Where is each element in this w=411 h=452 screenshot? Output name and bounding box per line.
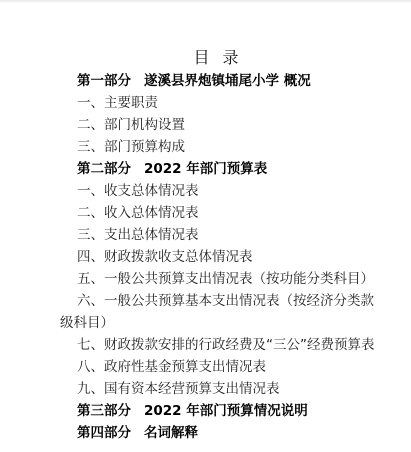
toc-item: 二、部门机构设置	[60, 114, 376, 136]
toc-item: 二、收入总体情况表	[60, 202, 376, 224]
section-4-label: 第四部分	[77, 425, 131, 441]
toc-item: 一、主要职责	[60, 92, 376, 114]
document-page: 目 录 第一部分遂溪县界炮镇埇尾小学 概况 一、主要职责 二、部门机构设置 三、…	[0, 0, 411, 452]
section-1-title: 遂溪县界炮镇埇尾小学 概况	[144, 73, 311, 89]
section-3-label: 第三部分	[77, 403, 131, 419]
toc-section-heading-4: 第四部分名词解释	[60, 422, 376, 444]
toc-item: 三、部门预算构成	[60, 136, 376, 158]
toc-section-heading-3: 第三部分2022 年部门预算情况说明	[60, 400, 376, 422]
toc-item: 五、一般公共预算支出情况表（按功能分类科目）	[60, 268, 376, 290]
section-2-label: 第二部分	[77, 161, 131, 177]
toc-item: 四、财政拨款收支总体情况表	[60, 246, 376, 268]
toc-section-heading-1: 第一部分遂溪县界炮镇埇尾小学 概况	[60, 70, 376, 92]
toc-item: 七、财政拨款安排的行政经费及“三公”经费预算表	[60, 334, 376, 356]
section-3-title: 2022 年部门预算情况说明	[144, 403, 308, 419]
page-top-edge	[0, 0, 411, 3]
section-2-title: 2022 年部门预算表	[144, 161, 267, 177]
toc-item: 六、一般公共预算基本支出情况表（按经济分类款级科目）	[60, 290, 376, 334]
section-4-title: 名词解释	[144, 425, 198, 441]
toc-section-heading-2: 第二部分2022 年部门预算表	[60, 158, 376, 180]
toc-item: 八、政府性基金预算支出情况表	[60, 356, 376, 378]
section-1-label: 第一部分	[77, 73, 131, 89]
toc-item: 一、收支总体情况表	[60, 180, 376, 202]
toc-item: 九、国有资本经营预算支出情况表	[60, 378, 376, 400]
toc-title: 目 录	[60, 46, 376, 70]
toc-item: 三、支出总体情况表	[60, 224, 376, 246]
toc-content: 目 录 第一部分遂溪县界炮镇埇尾小学 概况 一、主要职责 二、部门机构设置 三、…	[60, 46, 376, 444]
